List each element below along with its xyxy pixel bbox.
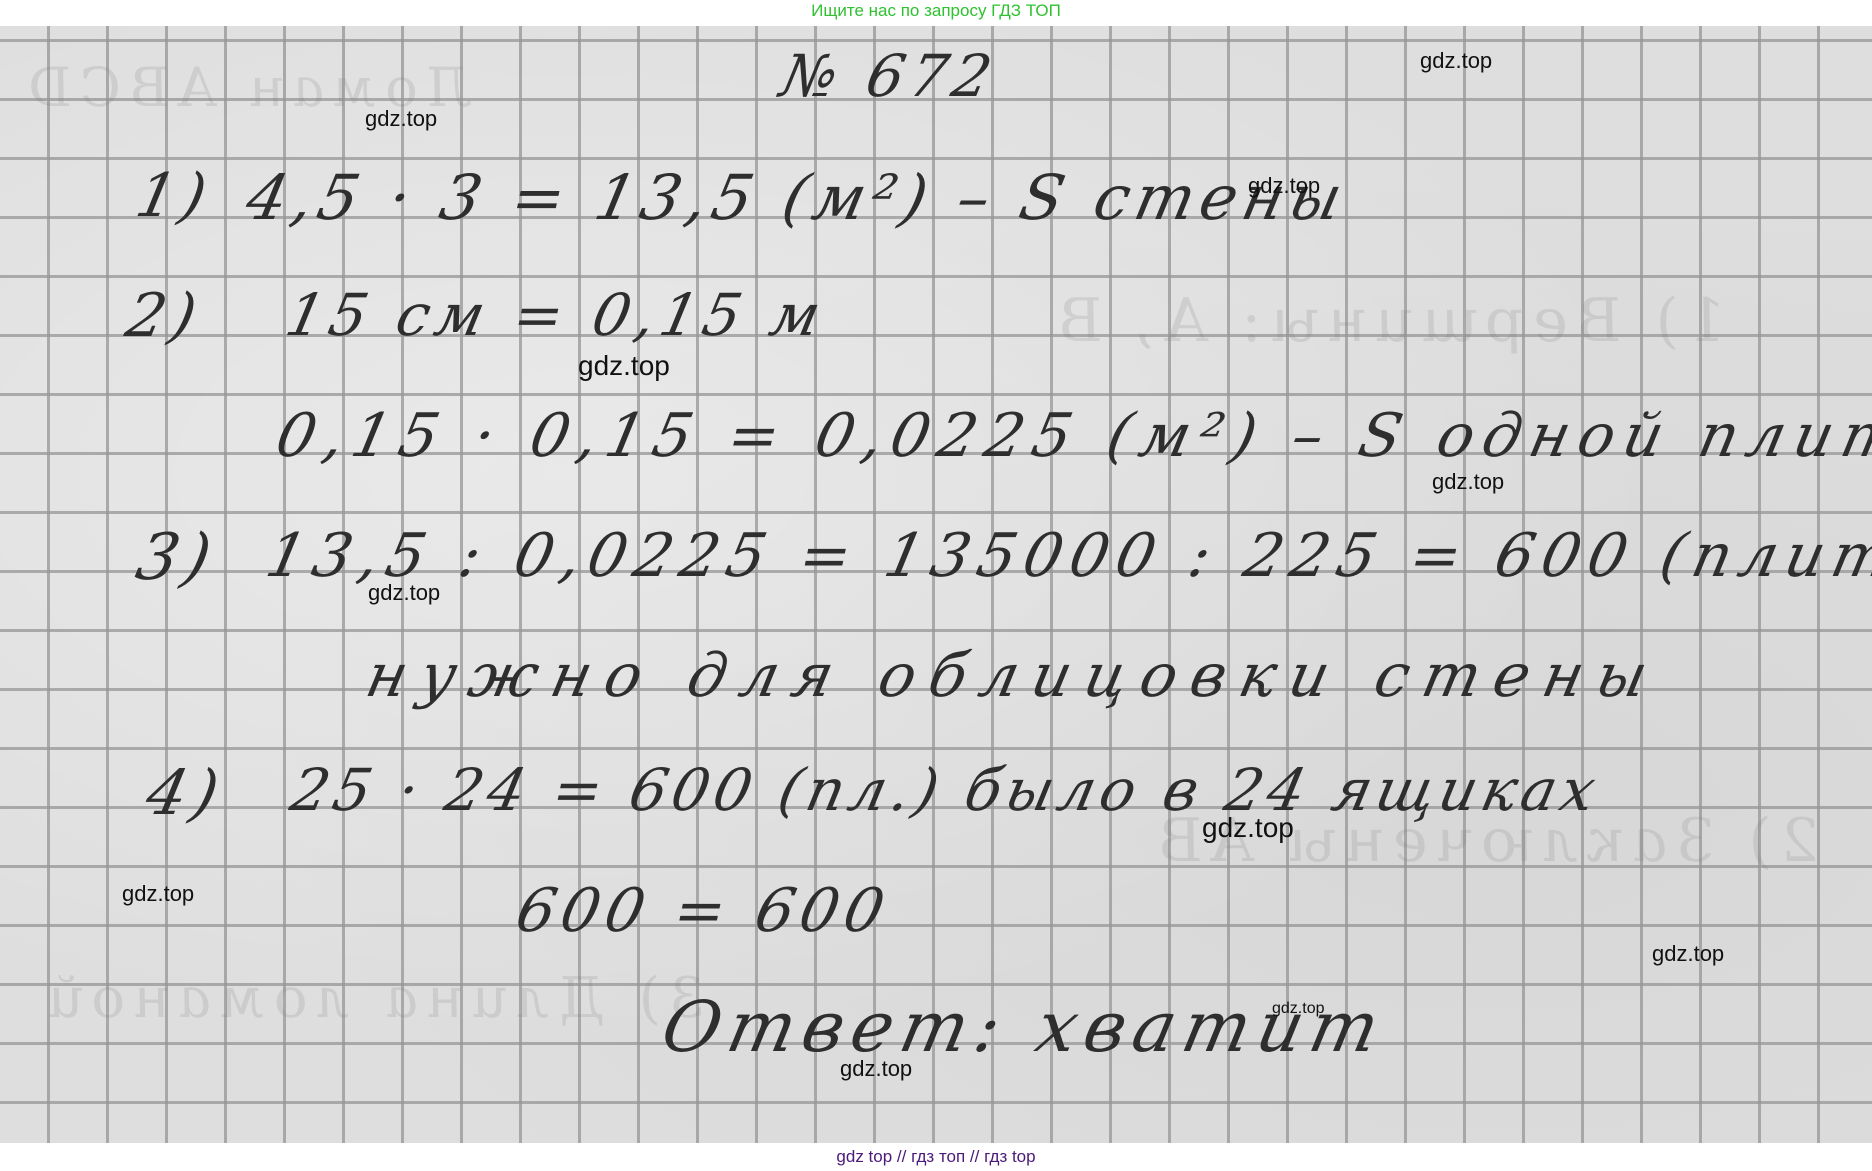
check-line: 600 = 600: [510, 876, 896, 946]
step-label: 2): [120, 281, 208, 351]
search-hint-banner: Ищите нас по запросу ГДЗ ТОП: [0, 0, 1872, 26]
step-label: 1): [130, 161, 218, 231]
watermark: gdz.top: [1248, 173, 1320, 199]
step-label: 3): [130, 521, 223, 595]
notebook-photo: Ломан ABCD 1) Вершины: A, B 2) Заключены…: [0, 26, 1872, 1143]
watermark: gdz.top: [1652, 941, 1724, 967]
solution-line: нужно для облицовки стены: [360, 641, 1668, 711]
watermark: gdz.top: [1202, 812, 1294, 844]
watermark: gdz.top: [1272, 1000, 1324, 1018]
watermark: gdz.top: [840, 1056, 912, 1082]
footer-links: gdz top // гдз топ // гдз top: [0, 1143, 1872, 1171]
solution-line: 13,5 : 0,0225 = 135000 : 225 = 600 (плит…: [260, 521, 1872, 591]
watermark: gdz.top: [365, 106, 437, 132]
reverse-page-ghost-text: 3) Длина ломаной: [34, 966, 710, 1031]
solution-line: 25 · 24 = 600 (пл.) было в 24 ящиках: [285, 756, 1607, 824]
watermark: gdz.top: [1420, 48, 1492, 74]
watermark: gdz.top: [1432, 469, 1504, 495]
reverse-page-ghost-text: 1) Вершины: A, B: [1044, 286, 1732, 356]
problem-number: № 672: [775, 42, 1003, 110]
solution-line: 4,5 · 3 = 13,5 (м²) – S стены: [240, 161, 1355, 234]
watermark: gdz.top: [368, 580, 440, 606]
answer-line: Ответ: хватит: [655, 986, 1394, 1068]
watermark: gdz.top: [578, 350, 670, 382]
watermark: gdz.top: [122, 881, 194, 907]
solution-line: 15 см = 0,15 м: [280, 281, 832, 349]
step-label: 4): [140, 756, 231, 829]
solution-line: 0,15 · 0,15 = 0,0225 (м²) – S одной плит…: [270, 401, 1872, 471]
